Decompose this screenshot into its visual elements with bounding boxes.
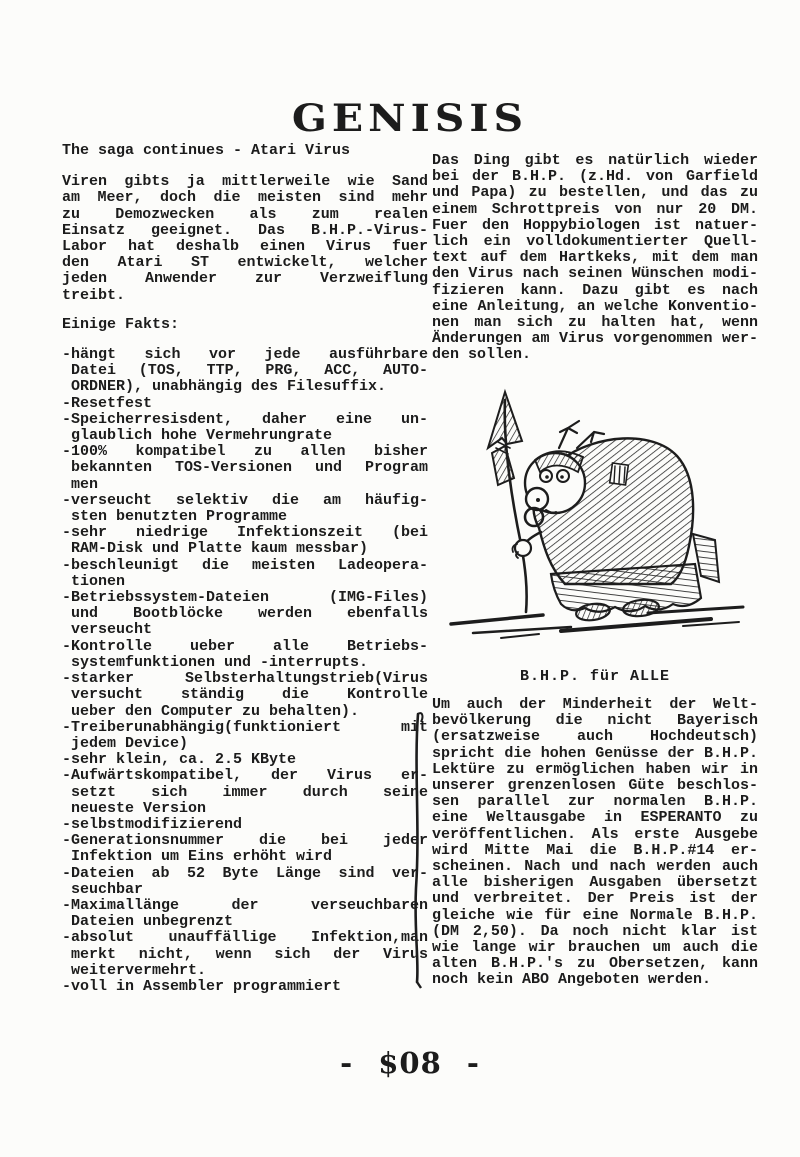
text-line: eine Anleitung, an welche Konventio- — [432, 299, 758, 315]
text-line: -Generationsnummer die bei jeder — [62, 833, 428, 849]
text-line: glaublich hohe Vermehrungrate — [62, 428, 428, 444]
text-line: -Kontrolle ueber alle Betriebs- — [62, 639, 428, 655]
fact-item: -Generationsnummer die bei jederInfektio… — [62, 833, 428, 865]
fact-item: -verseucht selektiv die am häufig-sten b… — [62, 493, 428, 525]
text-line: -voll in Assembler programmiert — [62, 979, 428, 995]
text-line: treibt. — [62, 288, 428, 304]
fact-item: -Kontrolle ueber alle Betriebs-systemfun… — [62, 639, 428, 671]
text-line: Labor hat deshalb einen Virus fuer — [62, 239, 428, 255]
text-line: -Treiberunabhängig(funktioniert mit — [62, 720, 428, 736]
fact-item: -Resetfest — [62, 396, 428, 412]
text-line: Viren gibts ja mittlerweile wie Sand — [62, 174, 428, 190]
text-line: Das Ding gibt es natürlich wieder — [432, 153, 758, 169]
text-line: spricht die hohen Genüsse der B.H.P. — [432, 746, 758, 762]
text-line: alle bisherigen Ausgaben übersetzt — [432, 875, 758, 891]
text-line: lich ein volldokumentierter Quell- — [432, 234, 758, 250]
text-line: neueste Version — [62, 801, 428, 817]
text-line: -Aufwärtskompatibel, der Virus er- — [62, 768, 428, 784]
text-line: Um auch der Minderheit der Welt- — [432, 697, 758, 713]
page-number: - $08 - — [0, 1046, 800, 1080]
text-line: Einsatz geeignet. Das B.H.P.-Virus- — [62, 223, 428, 239]
text-line: sten benutzten Programme — [62, 509, 428, 525]
text-line: eine Weltausgabe in ESPERANTO zu — [432, 810, 758, 826]
column-divider-rule — [410, 708, 424, 990]
text-line: (DM 2,50). Da noch nicht klar ist — [432, 924, 758, 940]
text-line: einem Schrottpreis von nur 20 DM. — [432, 202, 758, 218]
text-line: wie lange wir brauchen um auch die — [432, 940, 758, 956]
text-line: Infektion um Eins erhöht wird — [62, 849, 428, 865]
text-line: verseucht — [62, 622, 428, 638]
fact-item: -sehr niedrige Infektionszeit (beiRAM-Di… — [62, 525, 428, 557]
fact-item: -beschleunigt die meisten Ladeopera-tion… — [62, 558, 428, 590]
fact-item: -sehr klein, ca. 2.5 KByte — [62, 752, 428, 768]
text-line: scheinen. Nach und nach werden auch — [432, 859, 758, 875]
text-line: jeden Anwender zur Verzweiflung — [62, 271, 428, 287]
text-line: -Speicherresisdent, daher eine un- — [62, 412, 428, 428]
cartoon-illustration — [443, 386, 759, 642]
text-line: zu Demozwecken als zum realen — [62, 207, 428, 223]
text-line: Lektüre zu ermöglichen haben wir in — [432, 762, 758, 778]
text-line: -Dateien ab 52 Byte Länge sind ver- — [62, 866, 428, 882]
text-line: nen man sich zu halten hat, wenn — [432, 315, 758, 331]
text-line: text auf dem Hartkeks, mit dem man — [432, 250, 758, 266]
text-line: (ersatzweise auch Hochdeutsch) — [432, 729, 758, 745]
text-line: Fuer den Hoppybiologen ist natuer- — [432, 218, 758, 234]
text-line: -sehr niedrige Infektionszeit (bei — [62, 525, 428, 541]
text-line: sen parallel zur normalen B.H.P. — [432, 794, 758, 810]
fact-item: -Speicherresisdent, daher eine un-glaubl… — [62, 412, 428, 444]
text-line: Dateien unbegrenzt — [62, 914, 428, 930]
fact-item: -100% kompatibel zu allen bisherbekannte… — [62, 444, 428, 493]
text-line: weitervermehrt. — [62, 963, 428, 979]
intro-paragraph: Viren gibts ja mittlerweile wie Sandam M… — [62, 174, 428, 304]
text-line: alten B.H.P.'s zu Obersetzen, kann — [432, 956, 758, 972]
text-line: bekannten TOS-Versionen und Program — [62, 460, 428, 476]
fact-item: -Aufwärtskompatibel, der Virus er-setzt … — [62, 768, 428, 817]
text-line: versucht ständig die Kontrolle — [62, 687, 428, 703]
text-line: systemfunktionen und -interrupts. — [62, 655, 428, 671]
fact-item: -absolut unauffällige Infektion,manmerkt… — [62, 930, 428, 979]
fact-item: -voll in Assembler programmiert — [62, 979, 428, 995]
text-line: den Atari ST entwickelt, welcher — [62, 255, 428, 271]
text-line: setzt sich immer durch seine — [62, 785, 428, 801]
text-line: den sollen. — [432, 347, 758, 363]
text-line: -absolut unauffällige Infektion,man — [62, 930, 428, 946]
fact-item: -hängt sich vor jede ausführbareDatei (T… — [62, 347, 428, 396]
right-column-paragraph-1: Das Ding gibt es natürlich wiederbei der… — [432, 153, 758, 364]
text-line: ueber den Computer zu behalten). — [62, 704, 428, 720]
text-line: jedem Device) — [62, 736, 428, 752]
text-line: -100% kompatibel zu allen bisher — [62, 444, 428, 460]
text-line: tionen — [62, 574, 428, 590]
text-line: Datei (TOS, TTP, PRG, ACC, AUTO- — [62, 363, 428, 379]
fact-item: -starker Selbsterhaltungstrieb(Virusvers… — [62, 671, 428, 720]
text-line: -Betriebssystem-Dateien (IMG-Files) — [62, 590, 428, 606]
text-line: seuchbar — [62, 882, 428, 898]
text-line: gleiche wie für eine Normale B.H.P. — [432, 908, 758, 924]
cartoon-caption: B.H.P. für ALLE — [432, 668, 758, 685]
text-line: merkt nicht, wenn sich der Virus — [62, 947, 428, 963]
scanned-zine-page: GENISIS The saga continues - Atari Virus… — [0, 0, 800, 1157]
fact-item: -Treiberunabhängig(funktioniert mitjedem… — [62, 720, 428, 752]
text-line: wird Mitte Mai die B.H.P.#14 er- — [432, 843, 758, 859]
page-title: GENISIS — [0, 100, 800, 138]
left-column: The saga continues - Atari Virus Viren g… — [62, 143, 428, 995]
text-line: -Maximallänge der verseuchbaren — [62, 898, 428, 914]
text-line: -verseucht selektiv die am häufig- — [62, 493, 428, 509]
text-line: bei der B.H.P. (z.Hd. von Garfield — [432, 169, 758, 185]
text-line: men — [62, 477, 428, 493]
fact-item: -Maximallänge der verseuchbarenDateien u… — [62, 898, 428, 930]
text-line: -selbstmodifizierend — [62, 817, 428, 833]
text-line: und Papa) zu bestellen, und das zu — [432, 185, 758, 201]
facts-list: -hängt sich vor jede ausführbareDatei (T… — [62, 347, 428, 995]
text-line: und verbreitet. Der Preis ist der — [432, 891, 758, 907]
text-line: bevölkerung die nicht Bayerisch — [432, 713, 758, 729]
facts-heading: Einige Fakts: — [62, 317, 428, 333]
text-line: RAM-Disk und Platte kaum messbar) — [62, 541, 428, 557]
text-line: und Bootblöcke werden ebenfalls — [62, 606, 428, 622]
text-line: -beschleunigt die meisten Ladeopera- — [62, 558, 428, 574]
text-line: -hängt sich vor jede ausführbare — [62, 347, 428, 363]
text-line: fizieren kann. Dazu gibt es nach — [432, 283, 758, 299]
fact-item: -selbstmodifizierend — [62, 817, 428, 833]
text-line: Änderungen am Virus vorgenommen wer- — [432, 331, 758, 347]
text-line: noch kein ABO Angeboten werden. — [432, 972, 758, 988]
text-line: -starker Selbsterhaltungstrieb(Virus — [62, 671, 428, 687]
text-line: am Meer, doch die meisten sind mehr — [62, 190, 428, 206]
fact-item: -Dateien ab 52 Byte Länge sind ver-seuch… — [62, 866, 428, 898]
text-line: unserer grenzenlosen Güte beschlos- — [432, 778, 758, 794]
text-line: den Virus nach seinen Wünschen modi- — [432, 266, 758, 282]
text-line: -sehr klein, ca. 2.5 KByte — [62, 752, 428, 768]
text-line: veröffentlichen. Als erste Ausgebe — [432, 827, 758, 843]
text-line: -Resetfest — [62, 396, 428, 412]
text-line: ORDNER), unabhängig des Filesuffix. — [62, 379, 428, 395]
article-subtitle: The saga continues - Atari Virus — [62, 143, 428, 159]
right-column-paragraph-2: Um auch der Minderheit der Welt-bevölker… — [432, 697, 758, 989]
fact-item: -Betriebssystem-Dateien (IMG-Files)und B… — [62, 590, 428, 639]
